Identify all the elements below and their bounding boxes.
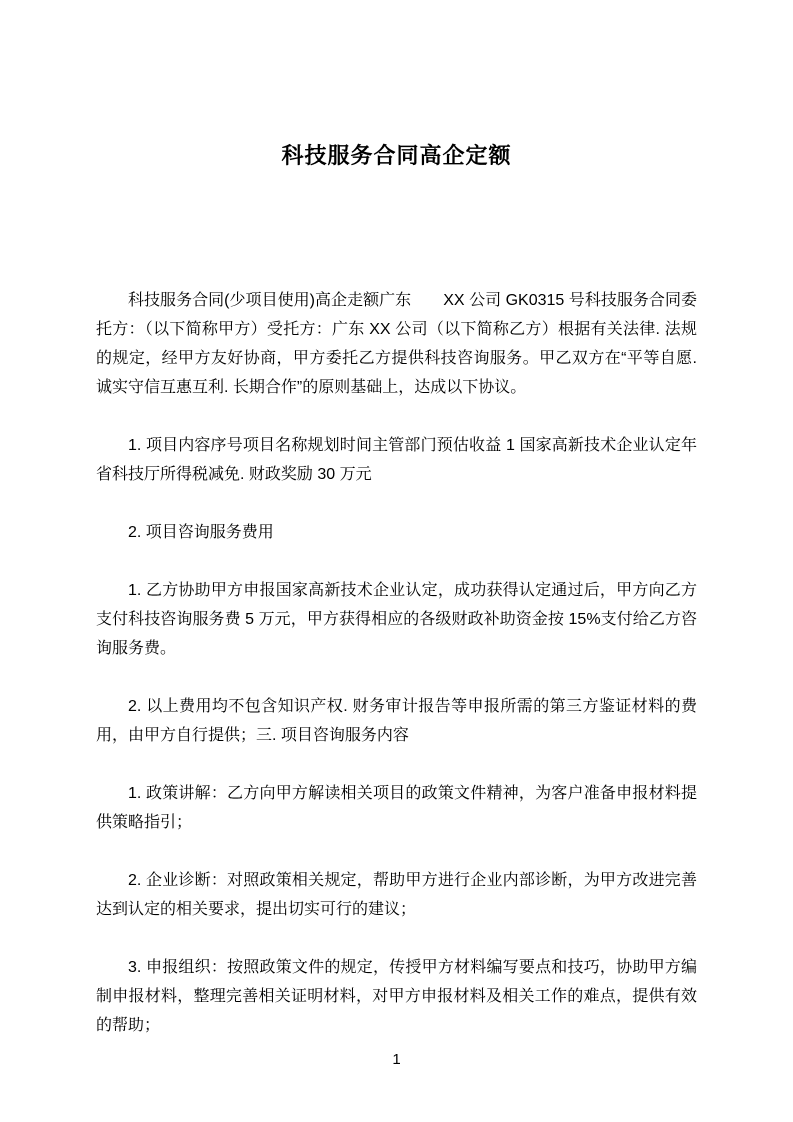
paragraph-policy-explanation: 1. 政策讲解：乙方向甲方解读相关项目的政策文件精神，为客户准备申报材料提供策略… (96, 779, 697, 837)
paragraph-service-fee-heading: 2. 项目咨询服务费用 (96, 518, 697, 547)
paragraph-enterprise-diagnosis: 2. 企业诊断：对照政策相关规定，帮助甲方进行企业内部诊断，为甲方改进完善达到认… (96, 866, 697, 924)
paragraph-fee-terms: 1. 乙方协助甲方申报国家高新技术企业认定，成功获得认定通过后，甲方向乙方支付科… (96, 576, 697, 663)
paragraph-application-organization: 3. 申报组织：按照政策文件的规定，传授甲方材料编写要点和技巧，协助甲方编制申报… (96, 953, 697, 1040)
paragraph-fee-exclusions: 2. 以上费用均不包含知识产权. 财务审计报告等申报所需的第三方鉴证材料的费用，… (96, 692, 697, 750)
document-page: 科技服务合同高企定额 科技服务合同(少项目使用)高企走额广东 XX 公司 GK0… (0, 0, 793, 1122)
document-title: 科技服务合同高企定额 (96, 140, 697, 172)
document-content: 科技服务合同高企定额 科技服务合同(少项目使用)高企走额广东 XX 公司 GK0… (96, 0, 697, 1069)
paragraph-project-content: 1. 项目内容序号项目名称规划时间主管部门预估收益 1 国家高新技术企业认定年省… (96, 431, 697, 489)
paragraph-intro: 科技服务合同(少项目使用)高企走额广东 XX 公司 GK0315 号科技服务合同… (96, 286, 697, 402)
page-number: 1 (0, 1050, 793, 1070)
